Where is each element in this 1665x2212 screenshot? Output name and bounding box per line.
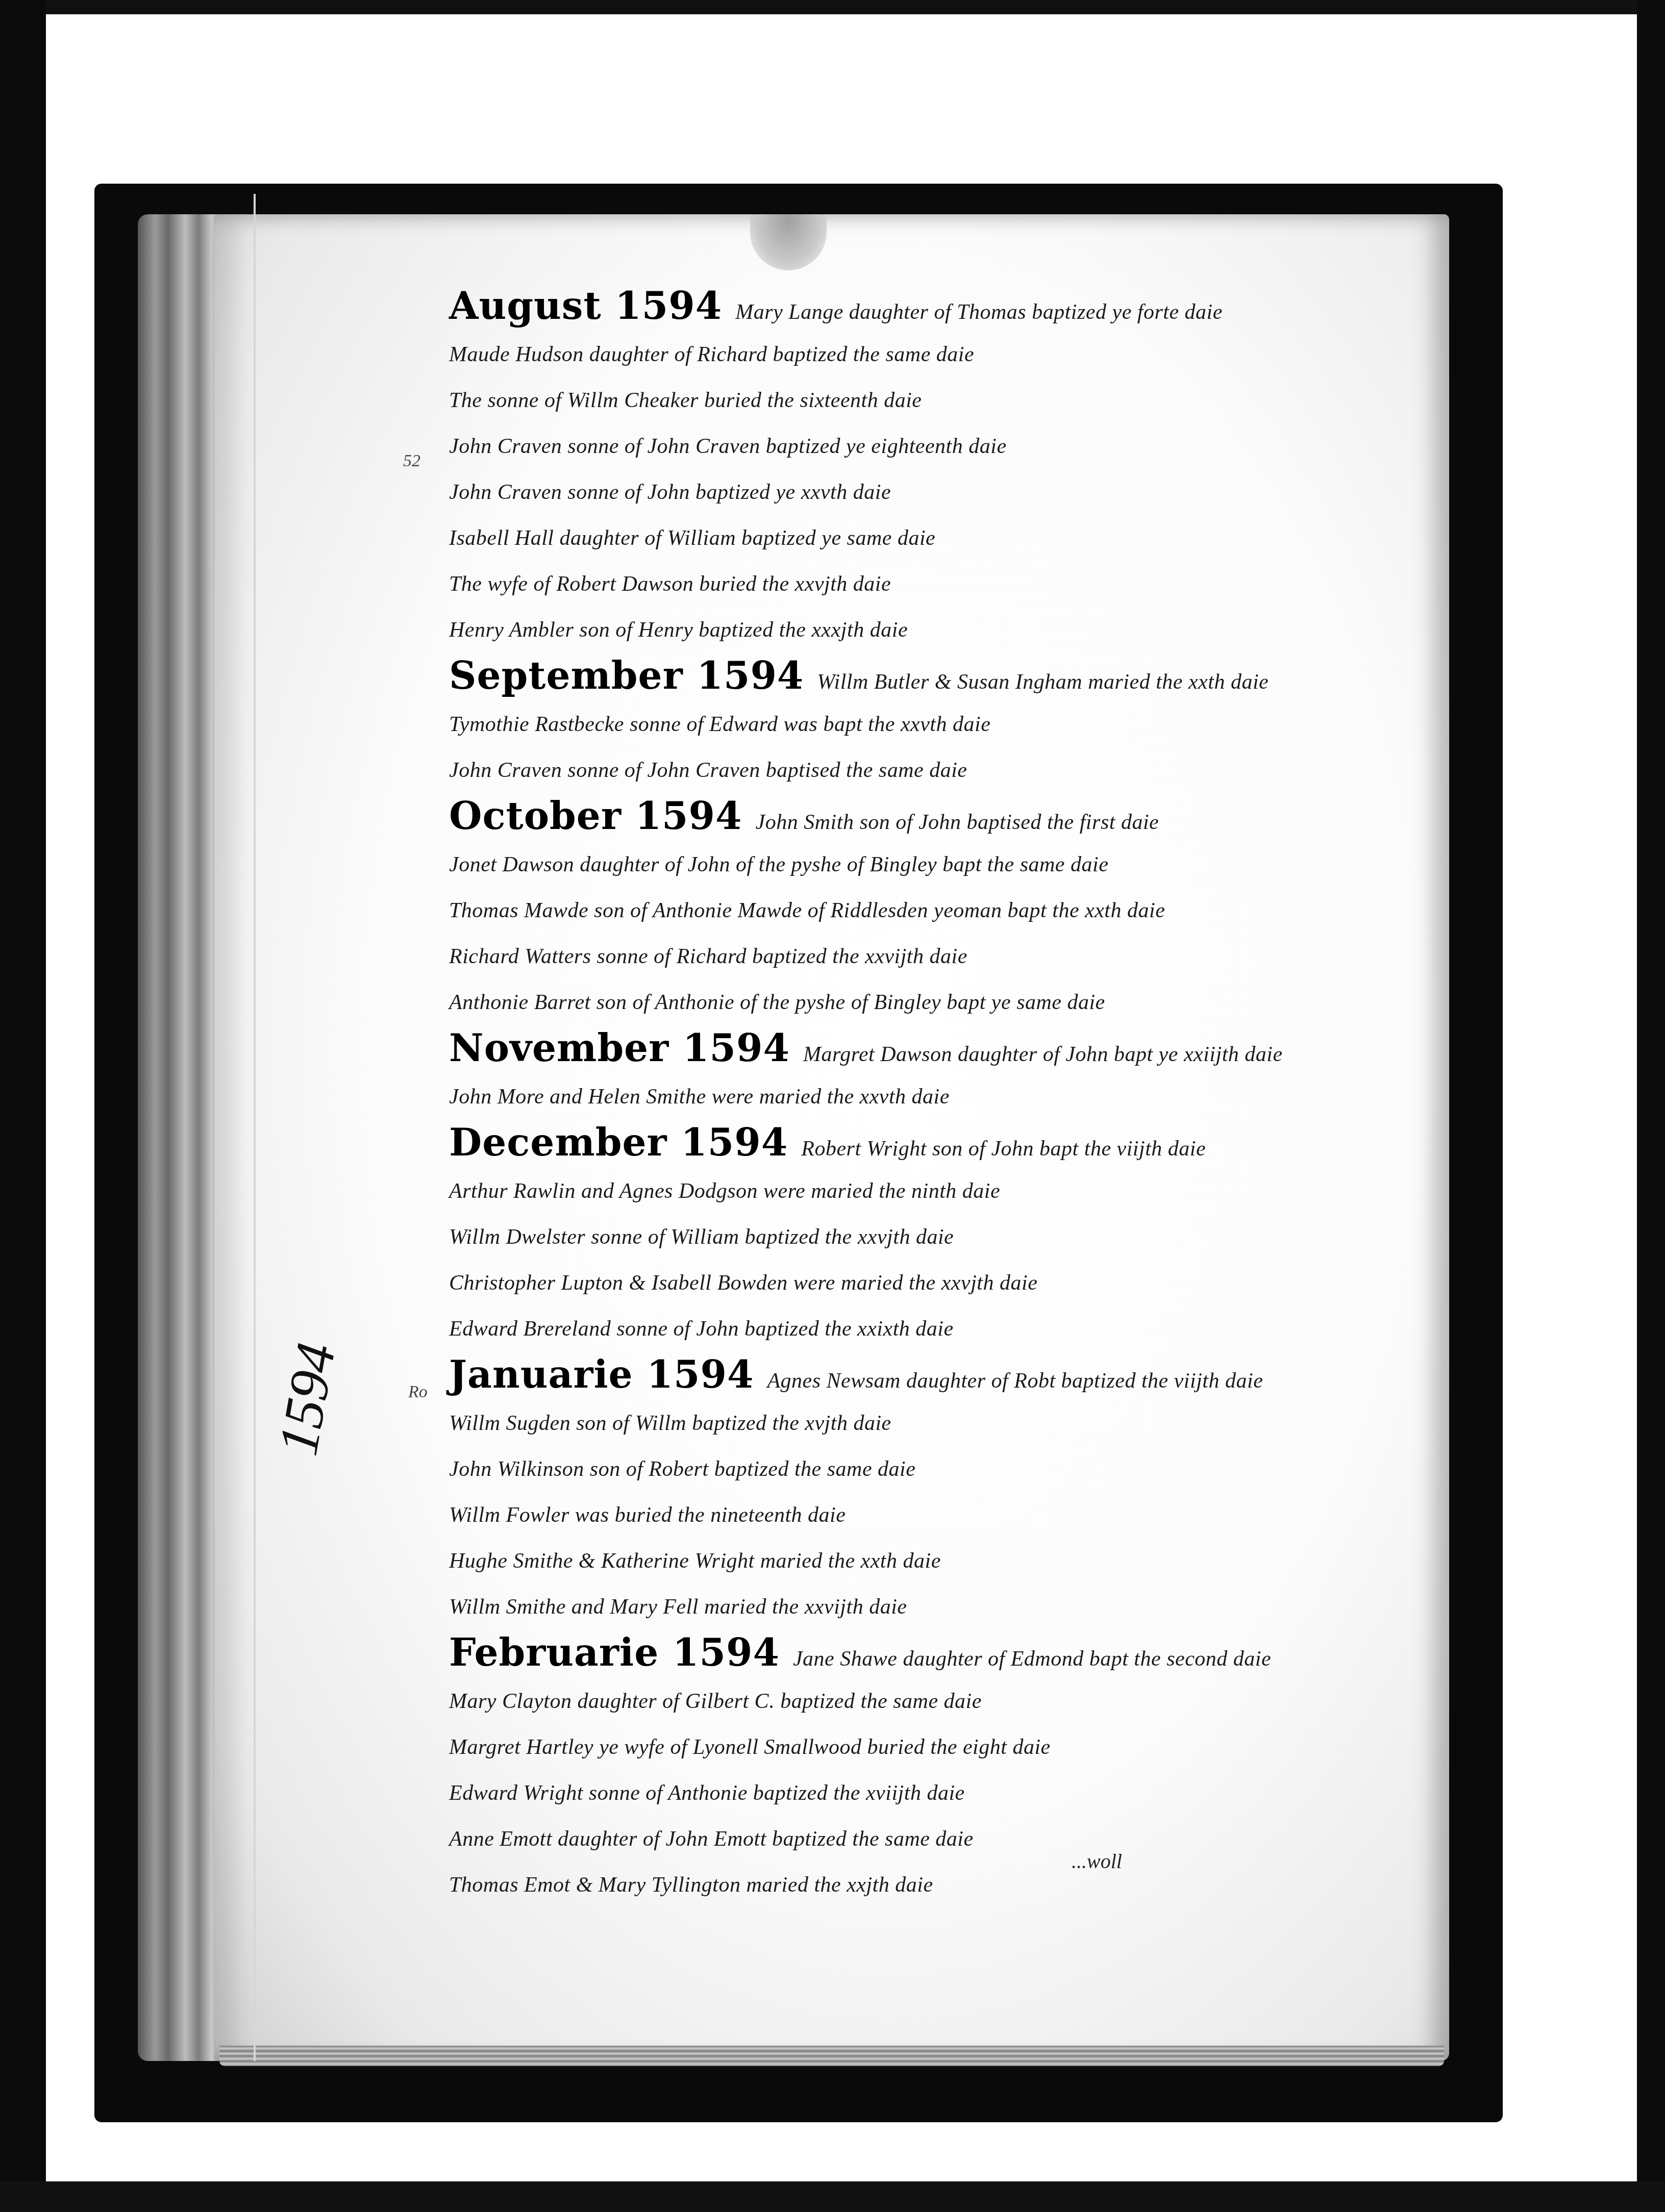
register-entry: Edward Wright sonne of Anthonie baptized… (449, 1770, 1444, 1816)
margin-mark: Ro (408, 1382, 428, 1402)
register-entry: Thomas Emot & Mary Tyllington maried the… (449, 1862, 1444, 1908)
month-heading: October 1594 (449, 794, 742, 838)
register-entry: Arthur Rawlin and Agnes Dodgson were mar… (449, 1168, 1444, 1214)
register-entry: Christopher Lupton & Isabell Bowden were… (449, 1260, 1444, 1306)
register-entry: Anne Emott daughter of John Emott baptiz… (449, 1816, 1444, 1862)
register-entry: Richard Watters sonne of Richard baptize… (449, 934, 1444, 979)
register-entry: Tymothie Rastbecke sonne of Edward was b… (449, 701, 1444, 747)
register-entry: October 1594John Smith son of John bapti… (449, 793, 1444, 842)
register-entry: John Craven sonne of John baptized ye xx… (449, 469, 1444, 515)
register-entry: John Craven sonne of John Craven baptise… (449, 747, 1444, 793)
page-bottom-edges (219, 2046, 1444, 2066)
register-entry: Mary Clayton daughter of Gilbert C. bapt… (449, 1678, 1444, 1724)
month-heading: August 1594 (449, 284, 722, 328)
film-border-bottom (0, 2181, 1665, 2212)
register-entry: Willm Fowler was buried the nineteenth d… (449, 1492, 1444, 1538)
register-entry: Willm Sugden son of Willm baptized the x… (449, 1400, 1444, 1446)
register-entry: November 1594Margret Dawson daughter of … (449, 1025, 1444, 1074)
month-heading: December 1594 (449, 1121, 788, 1165)
register-entries: August 1594Mary Lange daughter of Thomas… (449, 283, 1444, 1908)
register-entry: Henry Ambler son of Henry baptized the x… (449, 607, 1444, 653)
register-entry: Edward Brereland sonne of John baptized … (449, 1306, 1444, 1352)
month-heading: September 1594 (449, 654, 804, 698)
register-entry: Anthonie Barret son of Anthonie of the p… (449, 979, 1444, 1025)
film-border-right (1637, 0, 1665, 2212)
register-entry: John More and Helen Smithe were maried t… (449, 1074, 1444, 1120)
register-entry: Thomas Mawde son of Anthonie Mawde of Ri… (449, 888, 1444, 934)
register-entry: John Craven sonne of John Craven baptize… (449, 423, 1444, 469)
register-entry: Willm Smithe and Mary Fell maried the xx… (449, 1584, 1444, 1630)
register-entry: Januarie 1594Agnes Newsam daughter of Ro… (449, 1352, 1444, 1400)
film-border-top (0, 0, 1665, 14)
register-entry: September 1594Willm Butler & Susan Ingha… (449, 653, 1444, 701)
register-entry: Februarie 1594Jane Shawe daughter of Edm… (449, 1630, 1444, 1678)
folio-number: 52 (403, 451, 420, 471)
register-entry: The sonne of Willm Cheaker buried the si… (449, 378, 1444, 423)
register-entry: Maude Hudson daughter of Richard baptize… (449, 332, 1444, 378)
month-heading: Februarie 1594 (449, 1631, 780, 1675)
register-entry: Margret Hartley ye wyfe of Lyonell Small… (449, 1724, 1444, 1770)
film-border-left (0, 0, 46, 2212)
register-entry: The wyfe of Robert Dawson buried the xxv… (449, 561, 1444, 607)
closing-signature: ...woll (1072, 1849, 1122, 1873)
register-entry: Hughe Smithe & Katherine Wright maried t… (449, 1538, 1444, 1584)
register-entry: Jonet Dawson daughter of John of the pys… (449, 842, 1444, 888)
register-entry: John Wilkinson son of Robert baptized th… (449, 1446, 1444, 1492)
month-heading: Januarie 1594 (449, 1353, 754, 1397)
register-entry: August 1594Mary Lange daughter of Thomas… (449, 283, 1444, 332)
register-entry: Willm Dwelster sonne of William baptized… (449, 1214, 1444, 1260)
register-entry: December 1594Robert Wright son of John b… (449, 1120, 1444, 1168)
page-edges (138, 214, 225, 2061)
month-heading: November 1594 (449, 1026, 790, 1070)
register-entry: Isabell Hall daughter of William baptize… (449, 515, 1444, 561)
gutter-line (254, 194, 256, 2061)
